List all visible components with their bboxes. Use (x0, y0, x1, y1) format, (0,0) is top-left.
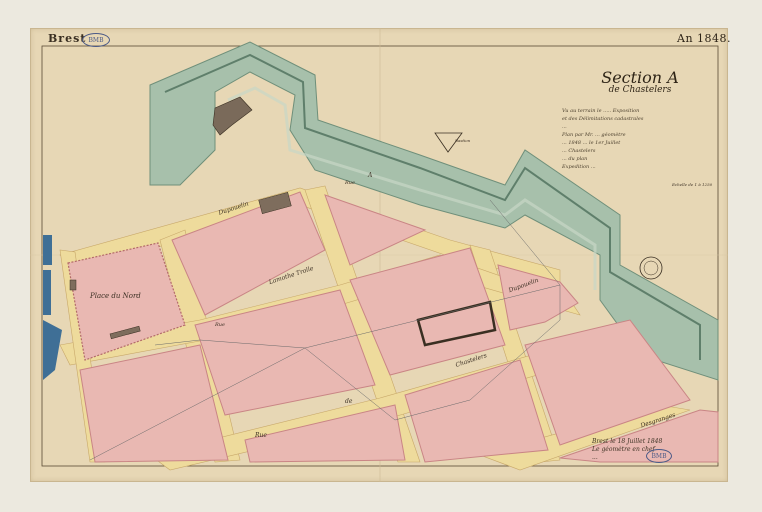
label-place: Place du Nord (90, 292, 141, 300)
label-rue-top: Rue (345, 180, 355, 186)
note-line: Vu au terrain le ..... Exposition (562, 107, 712, 115)
label-de: de (345, 398, 352, 405)
label-rue-left: Rue (215, 322, 225, 328)
note-line: Plan par Mr. ... géomètre (562, 131, 712, 139)
label-bastion: Bastion (455, 138, 470, 143)
note-line: ... du plan (562, 155, 712, 163)
cadastre-seal (640, 257, 662, 279)
note-line: Expedition ... (562, 163, 712, 171)
label-rue-bottom: Rue (255, 432, 267, 439)
note-line: ... 1848 ... le 1er Juillet (562, 139, 712, 147)
note-line: ... Chastelers (562, 147, 712, 155)
stamp-top-left: BMB (82, 33, 110, 47)
stamp-bottom-right: BMB (646, 449, 672, 463)
building-north (213, 97, 252, 135)
notes-block: Vu au terrain le ..... Exposition et des… (562, 107, 712, 171)
signature-line: Brest le 18 Juillet 1848 (592, 438, 662, 446)
scale-note: Echelle de 1 à 1250 (672, 182, 712, 187)
note-line: et des Délimitations cadastrales (562, 115, 712, 123)
label-letter-a: A (368, 172, 372, 179)
title-block: Section A de Chastelers (575, 68, 705, 95)
note-line: ... (562, 123, 712, 131)
header-place: Brest (48, 32, 86, 45)
section-subtitle: de Chastelers (575, 85, 705, 95)
water-left (43, 235, 62, 380)
header-year: An 1848. (677, 32, 731, 45)
